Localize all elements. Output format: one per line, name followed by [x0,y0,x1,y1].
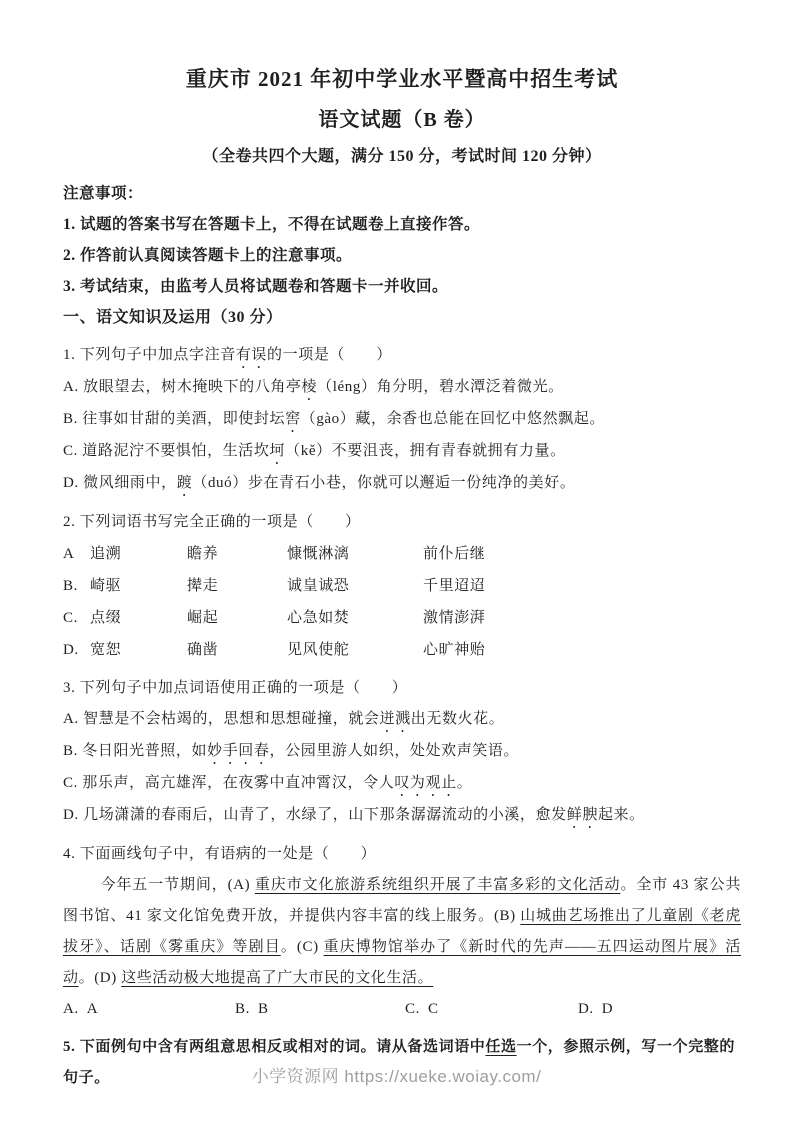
notice-block: 注意事项： 1. 试题的答案书写在答题卡上，不得在试题卷上直接作答。 2. 作答… [63,178,741,302]
q2-word: 确凿 [187,634,287,666]
exam-title: 重庆市 2021 年初中学业水平暨高中招生考试 [63,64,741,94]
q1-option-b: B. 往事如甘甜的美酒，即使封坛窖（gào）藏，余香也总能在回忆中悠然飘起。 [63,404,741,436]
q2-row-c: C. 点缀 崛起 心急如焚 激情澎湃 [63,602,741,634]
q2-row-b-label: B. [63,570,90,602]
q2-word: 宽恕 [90,634,187,666]
question-2: 2. 下列词语书写完全正确的一项是（ ） A 追溯 瞻养 慷慨淋漓 前仆后继 B… [63,507,741,666]
q4-choice-b-label: B. [235,1001,250,1017]
q2-word: 诚皇诚恐 [287,570,423,602]
q4-choice-d: D.D [578,994,741,1025]
q2-word: 激情澎湃 [423,602,741,634]
question-3: 3. 下列句子中加点词语使用正确的一项是（ ） A. 智慧是不会枯竭的，思想和思… [63,673,741,832]
q4-choice-a-text: A [87,1001,98,1017]
question-4: 4. 下面画线句子中，有语病的一处是（ ） 今年五一节期间，(A) 重庆市文化旅… [63,839,741,1025]
q2-word: 点缀 [90,602,187,634]
q2-word: 撵走 [187,570,287,602]
q2-word: 心急如焚 [287,602,423,634]
notice-item-2: 2. 作答前认真阅读答题卡上的注意事项。 [63,240,741,271]
q4-choices: A.A B.B C.C D.D [63,994,741,1025]
q1-option-c: C. 道路泥泞不要惧怕，生活坎坷（kě）不要沮丧，拥有青春就拥有力量。 [63,436,741,468]
q4-stem: 4. 下面画线句子中，有语病的一处是（ ） [63,839,741,870]
q4-choice-d-text: D [602,1001,613,1017]
q4-choice-c: C.C [405,994,578,1025]
q4-choice-a: A.A [63,994,235,1025]
q2-row-d-label: D. [63,634,90,666]
q4-choice-a-label: A. [63,1001,79,1017]
q4-choice-d-label: D. [578,1001,594,1017]
q4-choice-c-text: C [428,1001,439,1017]
q1-option-d: D. 微风细雨中，踱（duó）步在青石小巷，你就可以邂逅一份纯净的美好。 [63,468,741,500]
q3-option-a: A. 智慧是不会枯竭的，思想和思想碰撞，就会迸溅出无数火花。 [63,704,741,736]
paper-subtitle: 语文试题（B 卷） [63,106,741,134]
notice-item-1: 1. 试题的答案书写在答题卡上，不得在试题卷上直接作答。 [63,209,741,240]
footer-watermark: 小学资源网 https://xueke.woiay.com/ [0,1062,793,1087]
q4-choice-b: B.B [235,994,405,1025]
q3-option-d: D. 几场潇潇的春雨后，山青了，水绿了，山下那条潺潺流动的小溪，愈发鲜腴起来。 [63,800,741,832]
q2-row-d: D. 宽恕 确凿 见风使舵 心旷神贻 [63,634,741,666]
footer-site-name: 小学资源网 [252,1067,340,1086]
q2-stem: 2. 下列词语书写完全正确的一项是（ ） [63,507,741,538]
footer-site-url: https://xueke.woiay.com/ [344,1067,541,1086]
q2-row-a-label: A [63,538,90,570]
q4-choice-b-text: B [258,1001,269,1017]
q2-word: 见风使舵 [287,634,423,666]
q2-word: 崛起 [187,602,287,634]
q2-row-a: A 追溯 瞻养 慷慨淋漓 前仆后继 [63,538,741,570]
q2-row-c-label: C. [63,602,90,634]
q2-row-b: B. 崎驱 撵走 诚皇诚恐 千里迢迢 [63,570,741,602]
q3-stem: 3. 下列句子中加点词语使用正确的一项是（ ） [63,673,741,704]
q2-word: 追溯 [90,538,187,570]
q3-option-b: B. 冬日阳光普照，如妙手回春，公园里游人如织，处处欢声笑语。 [63,736,741,768]
section-heading: 一、语文知识及运用（30 分） [63,302,741,333]
q3-option-c: C. 那乐声，高亢雄浑，在夜雾中直冲霄汉，令人叹为观止。 [63,768,741,800]
q2-word: 崎驱 [90,570,187,602]
question-1: 1. 下列句子中加点字注音有误的一项是（ ） A. 放眼望去，树木掩映下的八角亭… [63,340,741,500]
q1-stem: 1. 下列句子中加点字注音有误的一项是（ ） [63,340,741,372]
q2-word: 千里迢迢 [423,570,741,602]
q4-passage: 今年五一节期间，(A) 重庆市文化旅游系统组织开展了丰富多彩的文化活动。全市 4… [63,870,741,994]
exam-paper-page: 重庆市 2021 年初中学业水平暨高中招生考试 语文试题（B 卷） （全卷共四个… [0,0,793,1122]
notice-heading: 注意事项： [63,178,741,209]
q4-choice-c-label: C. [405,1001,420,1017]
notice-item-3: 3. 考试结束，由监考人员将试题卷和答题卡一并收回。 [63,271,741,302]
q2-word: 前仆后继 [423,538,741,570]
q1-option-a: A. 放眼望去，树木掩映下的八角亭棱（léng）角分明，碧水潭泛着微光。 [63,372,741,404]
q2-word: 心旷神贻 [423,634,741,666]
exam-meta: （全卷共四个大题，满分 150 分，考试时间 120 分钟） [63,145,741,169]
q2-word: 瞻养 [187,538,287,570]
q2-word: 慷慨淋漓 [287,538,423,570]
